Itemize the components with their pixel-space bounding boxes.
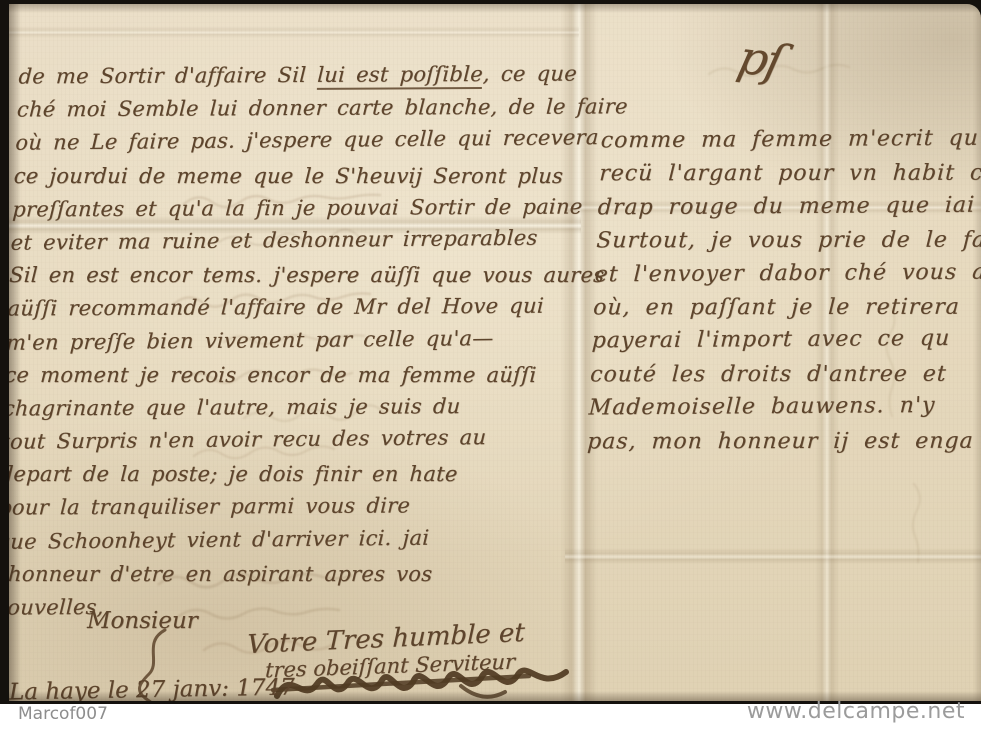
underlined-phrase: lui est poſſible [317,62,484,90]
handwritten-line: pour la tranquiliser parmi vous dire [9,489,579,525]
handwritten-line: depart de la poste; je dois finir en hat… [9,458,580,491]
handwritten-line: de me Sortir d'affaire Sil lui est poſſi… [18,57,600,93]
watermark-seller: Marcof007 [18,704,108,724]
right-page-text: comme ma femme m'ecrit qurecü l'argant p… [586,122,981,459]
handwritten-line: Mademoiselle bauwens. n'y [588,389,981,425]
handwritten-line: l'honneur d'etre en aspirant apres vos [9,558,576,591]
paper-edge-shadow-right [973,4,981,701]
handwritten-line: comme ma femme m'ecrit qu [600,122,981,158]
paper-edge-shadow-left [9,4,21,701]
handwritten-line: aüſſi recommandé l'affaire de Mr del Hov… [9,290,588,326]
handwritten-line: drap rouge du meme que iai [597,188,981,224]
handwritten-line: pas, mon honneur ij est enga [586,424,981,458]
scanned-letter-screenshot: de me Sortir d'affaire Sil lui est poſſi… [0,0,981,730]
letter-paper: de me Sortir d'affaire Sil lui est poſſi… [9,4,981,701]
handwritten-line: et eviter ma ruine et deshonneur irrepar… [10,221,592,260]
watermark-delcampe: www.delcampe.net [747,699,965,724]
handwritten-line: m'en preſſe bien vivement par celle qu'a… [9,321,587,360]
left-page-lines: ché moi Semble lui donner carte blanche,… [9,91,598,625]
postscript-mark: pſ [733,30,787,88]
fold-crease-left-top [9,26,579,38]
handwritten-line: et l'envoyer dabor ché vous a [594,255,981,291]
handwritten-line: couté les droits d'antree et [589,357,981,391]
line1-pre: de me Sortir d'affaire Sil [18,63,318,89]
handwritten-line: ce jourdui de meme que le S'heuvij Seron… [13,160,595,193]
line1-post: , ce que [482,62,577,86]
fold-crease-right-lower [565,548,981,564]
handwritten-line: tout Surpris n'en avoir recu des votres … [9,420,582,459]
handwritten-line: où, en paſſant je le retirera [592,291,981,325]
handwritten-line: preſſantes et qu'a la fin je pouvai Sort… [11,190,593,226]
handwritten-line: où ne Le faire pas. j'espere que celle q… [15,122,597,161]
handwritten-line: Surtout, je vous prie de le fai [595,224,981,258]
photo-frame: de me Sortir d'affaire Sil lui est poſſi… [0,0,981,704]
handwritten-line: recü l'argant pour vn habit co [598,157,981,191]
left-page-text: de me Sortir d'affaire Sil lui est poſſi… [9,57,599,624]
handwritten-line: ce moment je recois encor de ma femme aü… [9,359,585,392]
handwritten-line: payerai l'import avec ce qu [591,322,981,358]
handwritten-line: que Schoonheyt vient d'arriver ici. jai [9,520,577,559]
paper-edge-shadow-top [9,4,981,13]
handwritten-line: Sil en est encor tems. j'espere aüſſi qu… [9,259,590,292]
